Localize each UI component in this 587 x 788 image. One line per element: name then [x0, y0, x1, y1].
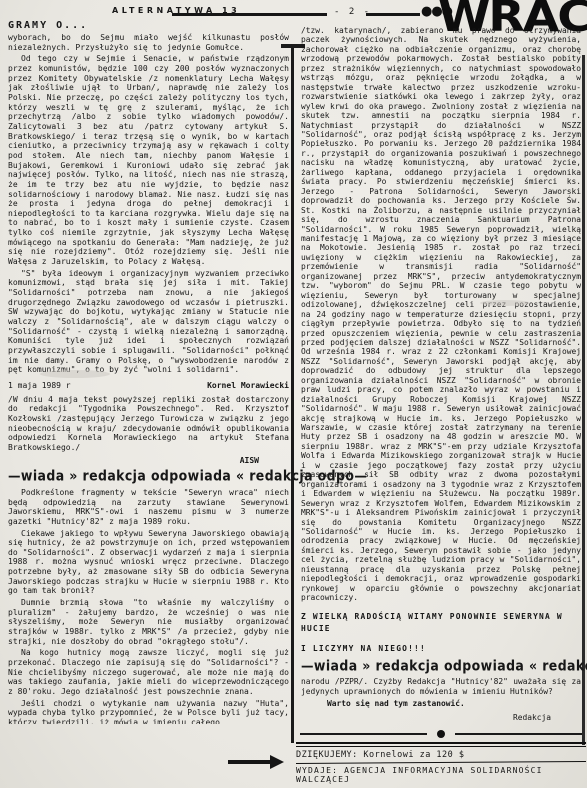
response-paragraph: narodu /PZPR/. Czyżby Redakcja "Hutnicy'… — [301, 677, 581, 696]
response-paragraph: Ciekawe jakiego to wpływu Seweryna Jawor… — [8, 529, 289, 597]
closing-line: Warto się nad tym zastanowić. — [301, 699, 581, 708]
right-column: /tzw. katarynach/, zabierano mu prawo do… — [301, 26, 581, 723]
masthead-rule-left — [172, 13, 327, 16]
response-paragraph: Na kogo hutnicy mogą zawsze liczyć, mogl… — [8, 648, 289, 696]
author-signature: Kornel Morawiecki — [207, 381, 289, 391]
body-paragraph: /tzw. katarynach/, zabierano mu prawo do… — [301, 26, 581, 603]
note-signature: AISW — [8, 456, 289, 466]
page-edge-line — [582, 55, 585, 745]
body-paragraph: "S" była ideowym i organizacyjnym wyzwan… — [8, 269, 289, 375]
body-paragraph: wyborach, bo do Sejmu miało wejść kilkun… — [8, 33, 289, 52]
masthead-rule-right — [366, 13, 420, 16]
section-header-redakcja-odpowiada: —wiada » redakcja odpowiada « redakcja o… — [301, 660, 581, 671]
continuation-arrow-icon — [228, 755, 286, 769]
editorial-signature: Redakcja — [301, 713, 581, 722]
body-paragraph: Od tego czy w Sejmie i Senacie, w państw… — [8, 54, 289, 266]
scan-smudge — [40, 370, 110, 378]
exclamation-line: Z WIELKĄ RADOŚCIĄ WITAMY PONOWNIE SEWERY… — [301, 611, 581, 635]
response-paragraph: Dumnie brzmią słowa "to właśnie my walcz… — [8, 598, 289, 646]
publisher-line: WYDAJE: AGENCJA INFORMACYJNA SOLIDARNOŚC… — [296, 766, 586, 784]
separator-dot-icon — [437, 730, 445, 738]
scan-smudge — [480, 300, 530, 306]
response-paragraph: Podkreślone fragmenty w tekście "Seweryn… — [8, 488, 289, 527]
exclamation-line: I LICZYMY NA NIEGO!!! — [301, 643, 581, 655]
editorial-response: Podkreślone fragmenty w tekście "Seweryn… — [8, 488, 289, 724]
editorial-note: /W dniu 4 maja tekst powyższej repliki z… — [8, 395, 289, 453]
response-paragraph: Jeśli chodzi o wytykanie nam używania na… — [8, 699, 289, 724]
dot-separator — [300, 731, 582, 737]
page-footer: DZIĘKUJEMY: Kornelowi za 120 $ WYDAJE: A… — [296, 742, 586, 784]
footer-rule — [296, 761, 586, 764]
column-divider — [291, 45, 294, 743]
left-column: wyborach, bo do Sejmu miało wejść kilkun… — [8, 33, 289, 724]
article-heading-gramy-o: GRAMY O... — [8, 20, 88, 31]
article-date: 1 maja 1989 r — [8, 381, 71, 391]
section-header-redakcja-odpowiada: —wiada » redakcja odpowiada « redakcja o… — [8, 471, 289, 482]
thanks-line: DZIĘKUJEMY: Kornelowi za 120 $ — [296, 750, 586, 760]
footer-double-rule — [296, 742, 586, 747]
